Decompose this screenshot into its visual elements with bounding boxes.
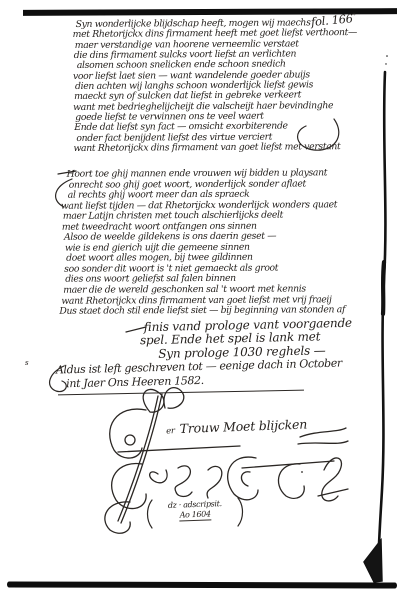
colophon: finis vand prologe vant voorgaende spel.… xyxy=(140,317,353,361)
dating-statement: Aldus ist left geschreven tot — eenige d… xyxy=(56,357,343,391)
archivist-annotation: dz · adscripsit. Ao 1604 xyxy=(158,499,233,522)
annotation-paren-right xyxy=(238,498,243,526)
motto-prefix: er xyxy=(166,426,175,436)
chamber-motto: erTrouw Moet blijcken xyxy=(166,417,308,437)
dating-underline-stroke xyxy=(58,390,304,396)
text-block-second: Hoort toe ghij mannen ende vrouwen wij b… xyxy=(59,168,345,317)
manuscript-line: want Rhetorijckx dins firmament van goet… xyxy=(73,142,357,154)
bottom-border-band xyxy=(7,581,397,588)
annotation-paren-left xyxy=(148,500,153,528)
annotation-year: Ao 1604 xyxy=(179,509,210,521)
page-edge-wedge xyxy=(364,540,382,582)
manuscript-line: Dus staet doch stil ende liefst siet — b… xyxy=(59,305,345,317)
manuscript-page: fol. 166* Syn wonderlijcke blijdschap he… xyxy=(0,0,397,600)
margin-mark: s xyxy=(25,359,29,367)
text-block-first: Syn wonderlijcke blijdschap heeft, mogen… xyxy=(73,18,358,154)
motto-text: Trouw Moet blijcken xyxy=(179,417,307,436)
page-edge-line xyxy=(364,55,388,582)
